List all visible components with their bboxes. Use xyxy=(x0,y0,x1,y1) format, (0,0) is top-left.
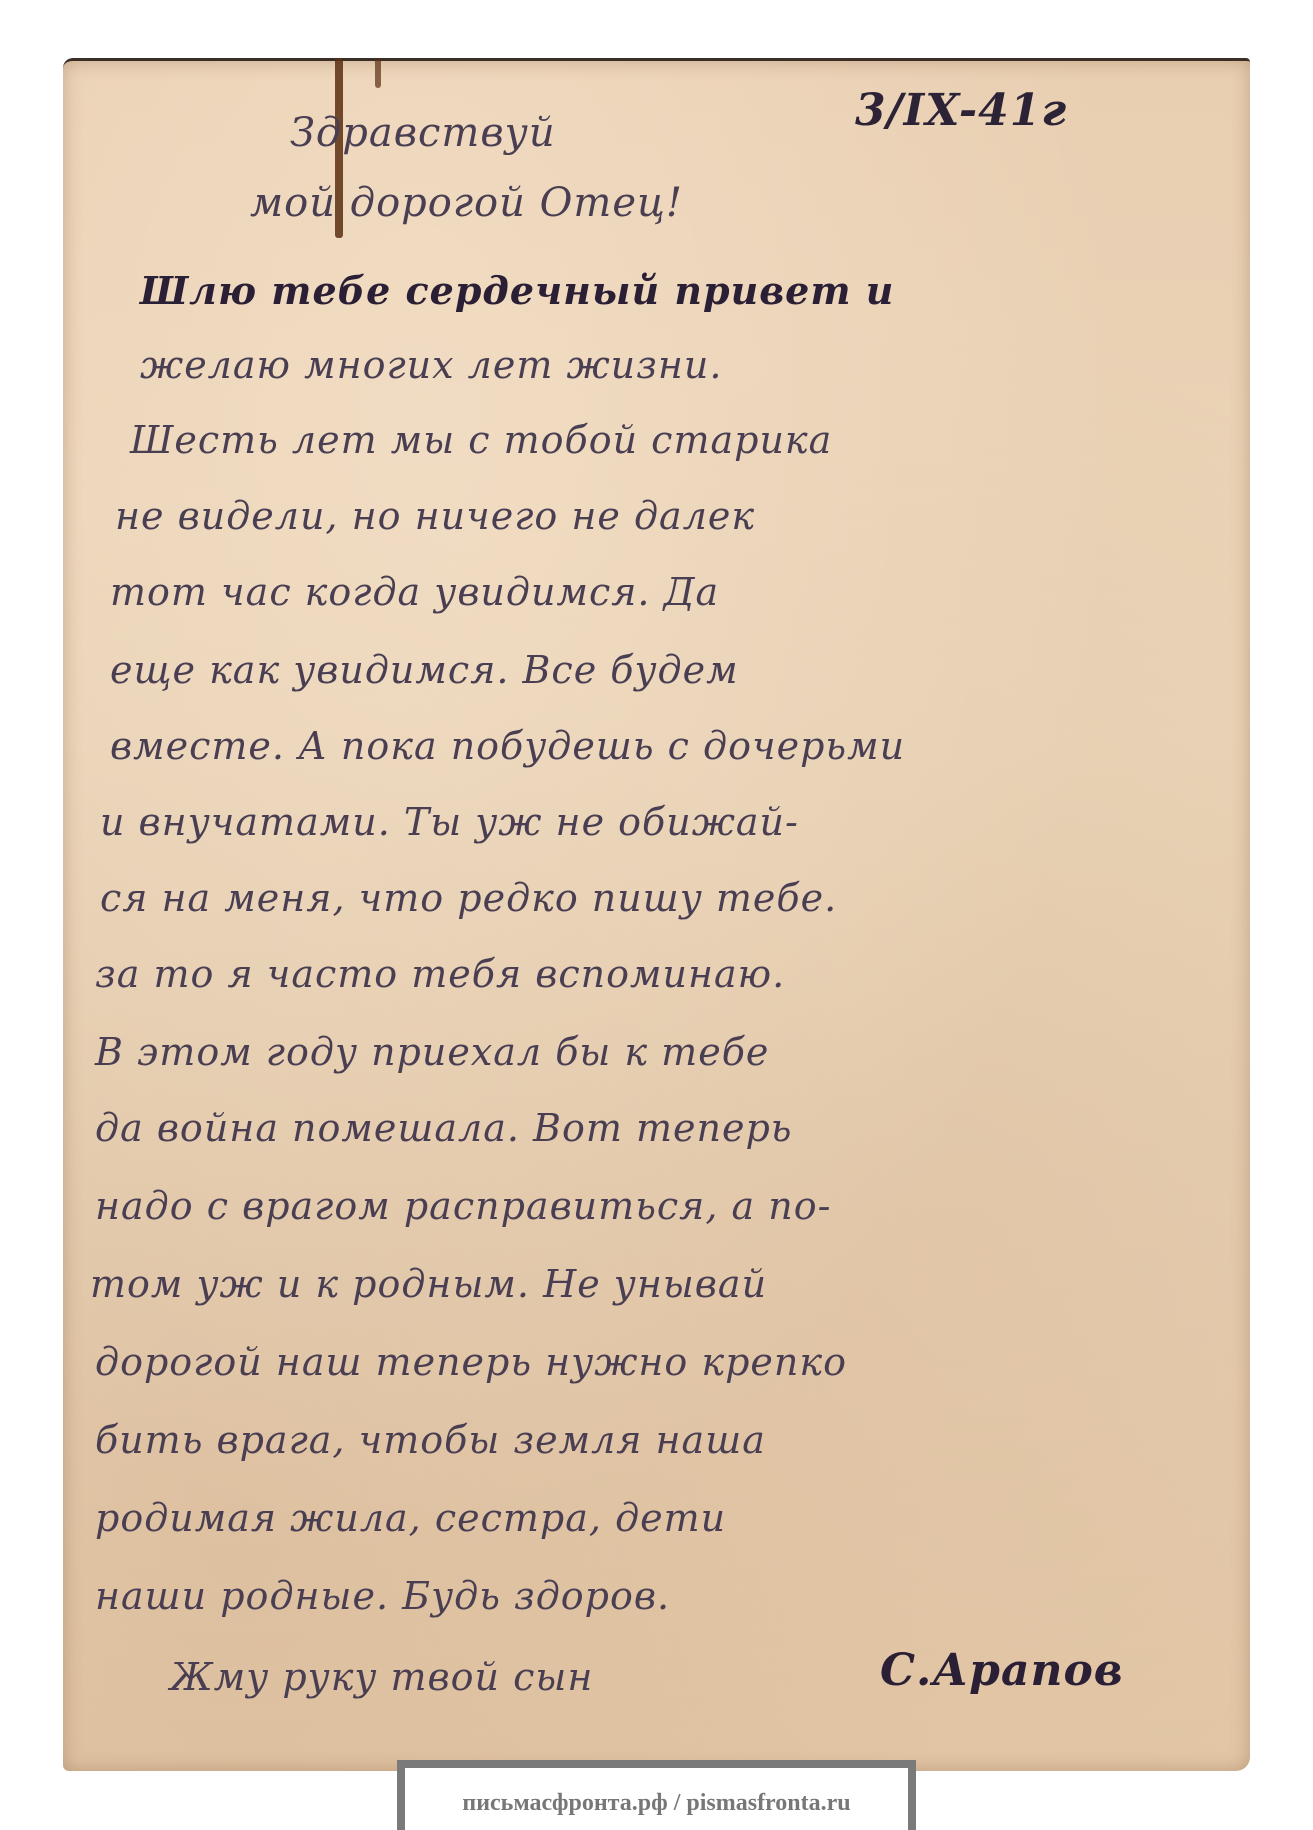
letter-salutation: мой дорогой Отец! xyxy=(250,180,683,226)
letter-line: том уж и к родным. Не унывай xyxy=(90,1262,767,1306)
letter-line: не видели, но ничего не далек xyxy=(115,494,755,538)
letter-line: еще как увидимся. Все будем xyxy=(110,648,739,692)
ink-stain xyxy=(375,58,381,88)
letter-line: ся на меня, что редко пишу тебе. xyxy=(100,876,837,920)
letter-line: бить врага, чтобы земля наша xyxy=(95,1418,766,1462)
letter-date: 3/IX-41г xyxy=(855,85,1067,136)
letter-line: тот час когда увидимся. Да xyxy=(110,570,719,614)
letter-line: Шлю тебе сердечный привет и xyxy=(140,268,894,313)
letter-line: желаю многих лет жизни. xyxy=(140,343,722,387)
letter-line: родимая жила, сестра, дети xyxy=(95,1496,726,1540)
letter-line: да война помешала. Вот теперь xyxy=(95,1106,792,1150)
letter-line: наши родные. Будь здоров. xyxy=(95,1574,670,1618)
letter-signature: С.Арапов xyxy=(880,1645,1124,1696)
letter-line: дорогой наш теперь нужно крепко xyxy=(95,1340,847,1384)
letter-line: Жму руку твой сын xyxy=(170,1655,593,1699)
letter-line: надо с врагом расправиться, а по- xyxy=(95,1184,831,1228)
letter-line: за то я часто тебя вспоминаю. xyxy=(95,952,785,996)
letter-line: Шесть лет мы с тобой старика xyxy=(130,418,832,462)
letter-line: вместе. А пока побудешь с дочерьми xyxy=(110,724,905,768)
watermark-text: письмасфронта.рф / pismasfronta.ru xyxy=(462,1790,850,1817)
watermark-box: письмасфронта.рф / pismasfronta.ru xyxy=(397,1760,916,1830)
letter-greeting: Здравствуй xyxy=(290,110,556,156)
letter-line: и внучатами. Ты уж не обижай- xyxy=(100,800,799,844)
letter-line: В этом году приехал бы к тебе xyxy=(95,1030,769,1074)
